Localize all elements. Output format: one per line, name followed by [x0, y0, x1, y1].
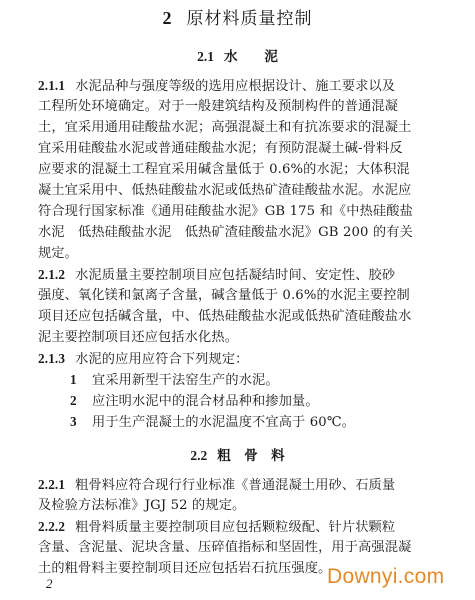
- paragraph-line: 2.1.2水泥质量主要控制项目应包括凝结时间、安定性、胶砂: [38, 265, 438, 286]
- paragraph-text: 粗骨料质量主要控制项目应包括颗粒级配、针片状颗粒: [75, 520, 395, 535]
- paragraph-line: 符合现行国家标准《通用硅酸盐水泥》GB 175 和《中热硅酸盐: [38, 202, 438, 222]
- chapter-name: 原材料质量控制: [187, 9, 313, 29]
- paragraph-line: 规定。: [38, 244, 438, 264]
- clause-number: 2.1.3: [38, 351, 65, 366]
- item-text: 宜采用新型干法窑生产的水泥。: [92, 373, 279, 388]
- paragraph-line: 2.2.2粗骨料质量主要控制项目应包括颗粒级配、针片状颗粒: [38, 517, 438, 538]
- paragraph-text: 粗骨料应符合现行行业标准《普通混凝土用砂、石质量: [75, 478, 395, 493]
- paragraph-line: 凝土宜采用中、低热硅酸盐水泥或低热矿渣硅酸盐水泥。水泥应: [38, 181, 438, 201]
- paragraph-line: 含量、含泥量、泥块含量、压碎值指标和坚固性，用于高强混凝: [38, 538, 438, 558]
- paragraph-line: 宜采用硅酸盐水泥或普通硅酸盐水泥；有预防混凝土碱-骨料反: [38, 139, 438, 159]
- item-text: 应注明水泥中的混合材品种和掺加量。: [92, 394, 319, 409]
- paragraph-line: 2.1.3水泥的应用应符合下列规定：: [38, 349, 438, 370]
- section-number: 2.2: [190, 448, 207, 463]
- clause-number: 2.1.1: [38, 78, 65, 93]
- section-title: 2.2粗 骨 料: [0, 444, 475, 464]
- clause-number: 2.2.1: [38, 477, 65, 492]
- paragraph-line: 土，宜采用通用硅酸盐水泥；高强混凝土和有抗冻要求的混凝土: [38, 118, 438, 138]
- item-number: 1: [70, 370, 92, 390]
- list-item: 1宜采用新型干法窑生产的水泥。: [70, 370, 470, 391]
- clause-number: 2.1.2: [38, 267, 65, 282]
- clause-number: 2.2.2: [38, 519, 65, 534]
- paragraph-line: 及检验方法标准》JGJ 52 的规定。: [38, 496, 438, 516]
- item-number: 3: [70, 412, 92, 432]
- paragraph-line: 强度、氧化镁和氯离子含量，碱含量低于 0.6%的水泥主要控制: [38, 286, 438, 306]
- item-number: 2: [70, 391, 92, 411]
- paragraph-line: 水泥 低热硅酸盐水泥 低热矿渣硅酸盐水泥》GB 200 的有关: [38, 223, 438, 243]
- watermark-logo: Downyi.com: [327, 565, 444, 589]
- paragraph-line: 2.2.1粗骨料应符合现行行业标准《普通混凝土用砂、石质量: [38, 475, 438, 496]
- chapter-number: 2: [163, 8, 173, 28]
- list-item: 2应注明水泥中的混合材品种和掺加量。: [70, 391, 470, 412]
- paragraph-text: 水泥品种与强度等级的选用应根据设计、施工要求以及: [75, 79, 395, 94]
- section-name: 水 泥: [224, 49, 278, 65]
- section-name: 粗 骨 料: [217, 448, 285, 464]
- item-text: 用于生产混凝土的水泥温度不宜高于 60℃。: [92, 415, 355, 430]
- paragraph-line: 应要求的混凝土工程宜采用碱含量低于 0.6%的水泥；大体积混: [38, 160, 438, 180]
- page-number: 2: [46, 576, 53, 592]
- paragraph-line: 项目还应包括碱含量，中、低热硅酸盐水泥或低热矿渣硅酸盐水: [38, 307, 438, 327]
- section-number: 2.1: [197, 49, 214, 64]
- paragraph-text: 水泥质量主要控制项目应包括凝结时间、安定性、胶砂: [75, 268, 395, 283]
- paragraph-line: 2.1.1水泥品种与强度等级的选用应根据设计、施工要求以及: [38, 76, 438, 97]
- paragraph-text: 水泥的应用应符合下列规定：: [75, 352, 248, 367]
- paragraph-line: 工程所处环境确定。对于一般建筑结构及预制构件的普通混凝: [38, 97, 438, 117]
- paragraph-line: 泥主要控制项目还应包括水化热。: [38, 328, 438, 348]
- chapter-title: 2原材料质量控制: [0, 4, 475, 29]
- section-title: 2.1水 泥: [0, 45, 475, 65]
- list-item: 3用于生产混凝土的水泥温度不宜高于 60℃。: [70, 412, 470, 433]
